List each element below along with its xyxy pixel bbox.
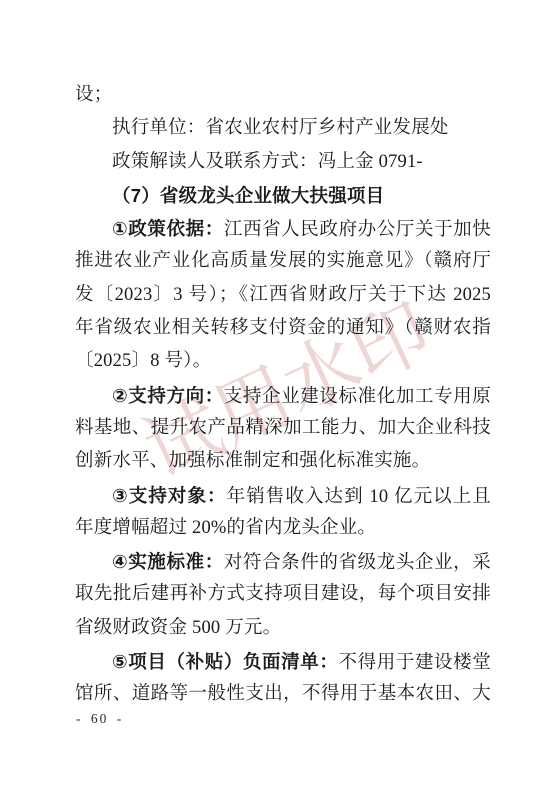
text-line: 年省级农业相关转移支付资金的通知》（赣财农指 [75,312,491,345]
text-segment: 设； [75,85,112,105]
text-segment: 不得用于建设楼堂 [339,653,491,673]
text-line: 取先批后建再补方式支持项目建设，每个项目安排 [75,578,491,611]
text-segment: 年销售收入达到 10 亿元以上且 [227,487,491,507]
bold-label: ①政策依据： [112,218,224,239]
text-segment: 执行单位：省农业农村厅乡村产业发展处 [112,118,449,138]
text-segment: 推进农业产业化高质量发展的实施意见》（赣府厅 [75,251,491,271]
text-line: ①政策依据：江西省人民政府办公厅关于加快 [75,212,491,245]
text-line: 推进农业产业化高质量发展的实施意见》（赣府厅 [75,245,491,278]
text-segment: 取先批后建再补方式支持项目建设，每个项目安排 [75,584,491,604]
section-heading: （7）省级龙头企业做大扶强项目 [75,179,491,212]
text-segment: 料基地、提升农产品精深加工能力、加大企业科技 [75,418,491,438]
text-segment: 省级财政资金 500 万元。 [75,618,281,638]
text-line: 〔2025〕8 号）。 [75,345,491,378]
text-line: ②支持方向：支持企业建设标准化加工专用原 [75,379,491,412]
text-line: 发〔2023〕3 号）；《江西省财政厅关于下达 2025 [75,279,491,312]
text-segment: 年省级农业相关转移支付资金的通知》（赣财农指 [75,318,491,338]
text-line: 馆所、道路等一般性支出，不得用于基本农田、大 [75,678,491,711]
text-line: ③支持对象：年销售收入达到 10 亿元以上且 [75,479,491,512]
text-line: ⑤项目（补贴）负面清单：不得用于建设楼堂 [75,645,491,678]
text-line: 创新水平、加强标准制定和强化标准实施。 [75,445,491,478]
text-line: ④实施标准：对符合条件的省级龙头企业，采 [75,545,491,578]
text-line: 年度增幅超过 20%的省内龙头企业。 [75,512,491,545]
text-line: 设； [75,79,491,112]
text-segment: 发〔2023〕3 号）；《江西省财政厅关于下达 2025 [75,285,491,305]
text-segment: 年度增幅超过 20%的省内龙头企业。 [75,518,376,538]
document-page: 试用水印 设；执行单位：省农业农村厅乡村产业发展处政策解读人及联系方式：冯上金 … [0,0,559,793]
text-segment: 〔2025〕8 号）。 [75,351,211,371]
text-line: 政策解读人及联系方式：冯上金 0791-86234797 [75,146,491,179]
text-line: 料基地、提升农产品精深加工能力、加大企业科技 [75,412,491,445]
page-number: - 60 - [76,711,123,727]
text-segment: 支持企业建设标准化加工专用原 [224,387,491,407]
bold-label: （7）省级龙头企业做大扶强项目 [112,185,384,206]
bold-label: ③支持对象： [112,485,227,506]
text-segment: 馆所、道路等一般性支出，不得用于基本农田、大 [75,684,491,704]
text-line: 执行单位：省农业农村厅乡村产业发展处 [75,112,491,145]
bold-label: ⑤项目（补贴）负面清单： [112,651,339,672]
text-segment: 对符合条件的省级龙头企业，采 [224,553,491,573]
bold-label: ④实施标准： [112,551,224,572]
bold-label: ②支持方向： [112,385,224,406]
text-segment: 江西省人民政府办公厅关于加快 [224,220,491,240]
document-content: 设；执行单位：省农业农村厅乡村产业发展处政策解读人及联系方式：冯上金 0791-… [75,79,491,712]
text-segment: 创新水平、加强标准制定和强化标准实施。 [75,451,430,471]
text-line: 省级财政资金 500 万元。 [75,612,491,645]
text-segment: 政策解读人及联系方式：冯上金 0791-86234797 [75,152,423,179]
